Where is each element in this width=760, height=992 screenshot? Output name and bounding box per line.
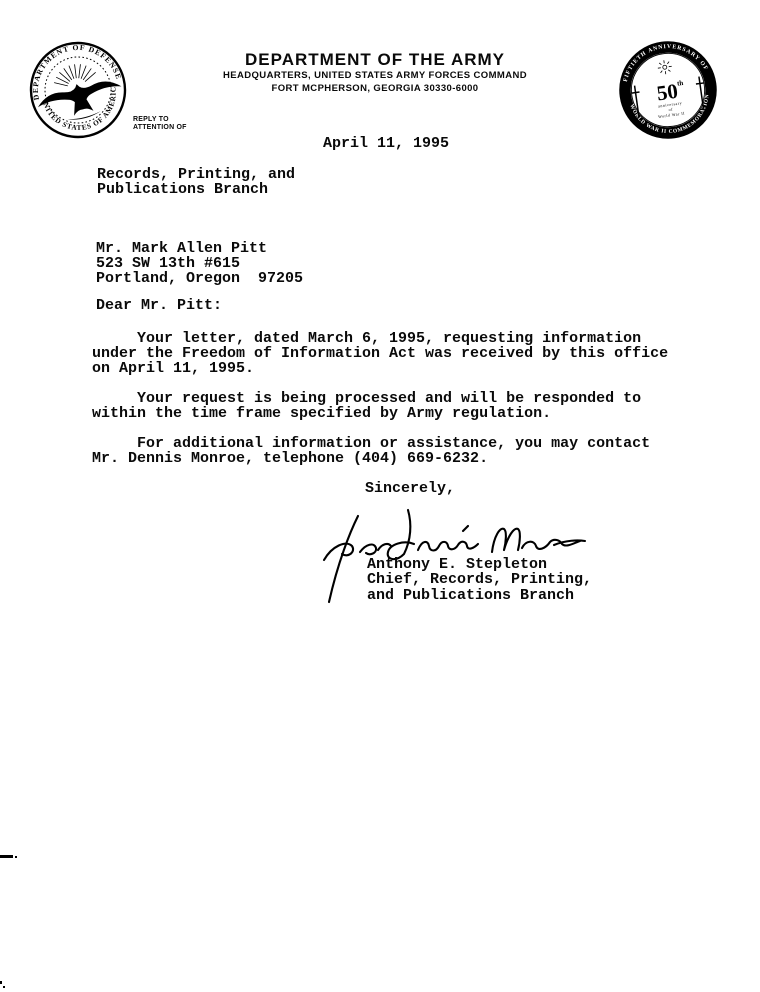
letter-body: Your letter, dated March 6, 1995, reques… (92, 331, 668, 466)
recipient-city: Portland, Oregon 97205 (96, 271, 303, 286)
agency-name: DEPARTMENT OF THE ARMY (170, 50, 580, 69)
recipient-name: Mr. Mark Allen Pitt (96, 241, 267, 256)
wwii-50th-anniversary-seal: FIFTIETH ANNIVERSARY OF WORLD WAR II COM… (618, 40, 718, 140)
command-name: HEADQUARTERS, UNITED STATES ARMY FORCES … (170, 70, 580, 82)
command-location: FORT MCPHERSON, GEORGIA 30330-6000 (170, 83, 580, 95)
salutation: Dear Mr. Pitt: (96, 298, 222, 313)
scanned-letter-page: DEPARTMENT OF DEFENSE UNITED STATES OF A… (0, 0, 760, 992)
scan-artifact-line (0, 855, 13, 858)
closing: Sincerely, (365, 481, 455, 496)
seal-50-superscript: th (677, 79, 684, 88)
recipient-street: 523 SW 13th #615 (96, 256, 240, 271)
scan-artifact-dot (3, 986, 5, 988)
letterhead: DEPARTMENT OF THE ARMY HEADQUARTERS, UNI… (170, 50, 580, 95)
office-line-1: Records, Printing, and (97, 167, 295, 182)
body-line (92, 421, 668, 436)
signer-title-2: and Publications Branch (367, 588, 574, 603)
body-line (92, 376, 668, 391)
signer-name: Anthony E. Stepleton (367, 557, 547, 572)
letter-date: April 11, 1995 (323, 136, 449, 151)
body-line: Mr. Dennis Monroe, telephone (404) 669-6… (92, 451, 668, 466)
scan-artifact-dot (15, 856, 17, 858)
body-line: Your letter, dated March 6, 1995, reques… (92, 331, 668, 346)
signer-title-1: Chief, Records, Printing, (367, 572, 592, 587)
department-of-defense-seal: DEPARTMENT OF DEFENSE UNITED STATES OF A… (28, 40, 128, 140)
body-line: Your request is being processed and will… (92, 391, 668, 406)
body-line: under the Freedom of Information Act was… (92, 346, 668, 361)
office-line-2: Publications Branch (97, 182, 268, 197)
reply-to-attention-of: REPLY TO ATTENTION OF (133, 116, 187, 132)
body-line: within the time frame specified by Army … (92, 406, 668, 421)
scan-artifact-dot (0, 981, 2, 984)
body-line: on April 11, 1995. (92, 361, 668, 376)
body-line: For additional information or assistance… (92, 436, 668, 451)
